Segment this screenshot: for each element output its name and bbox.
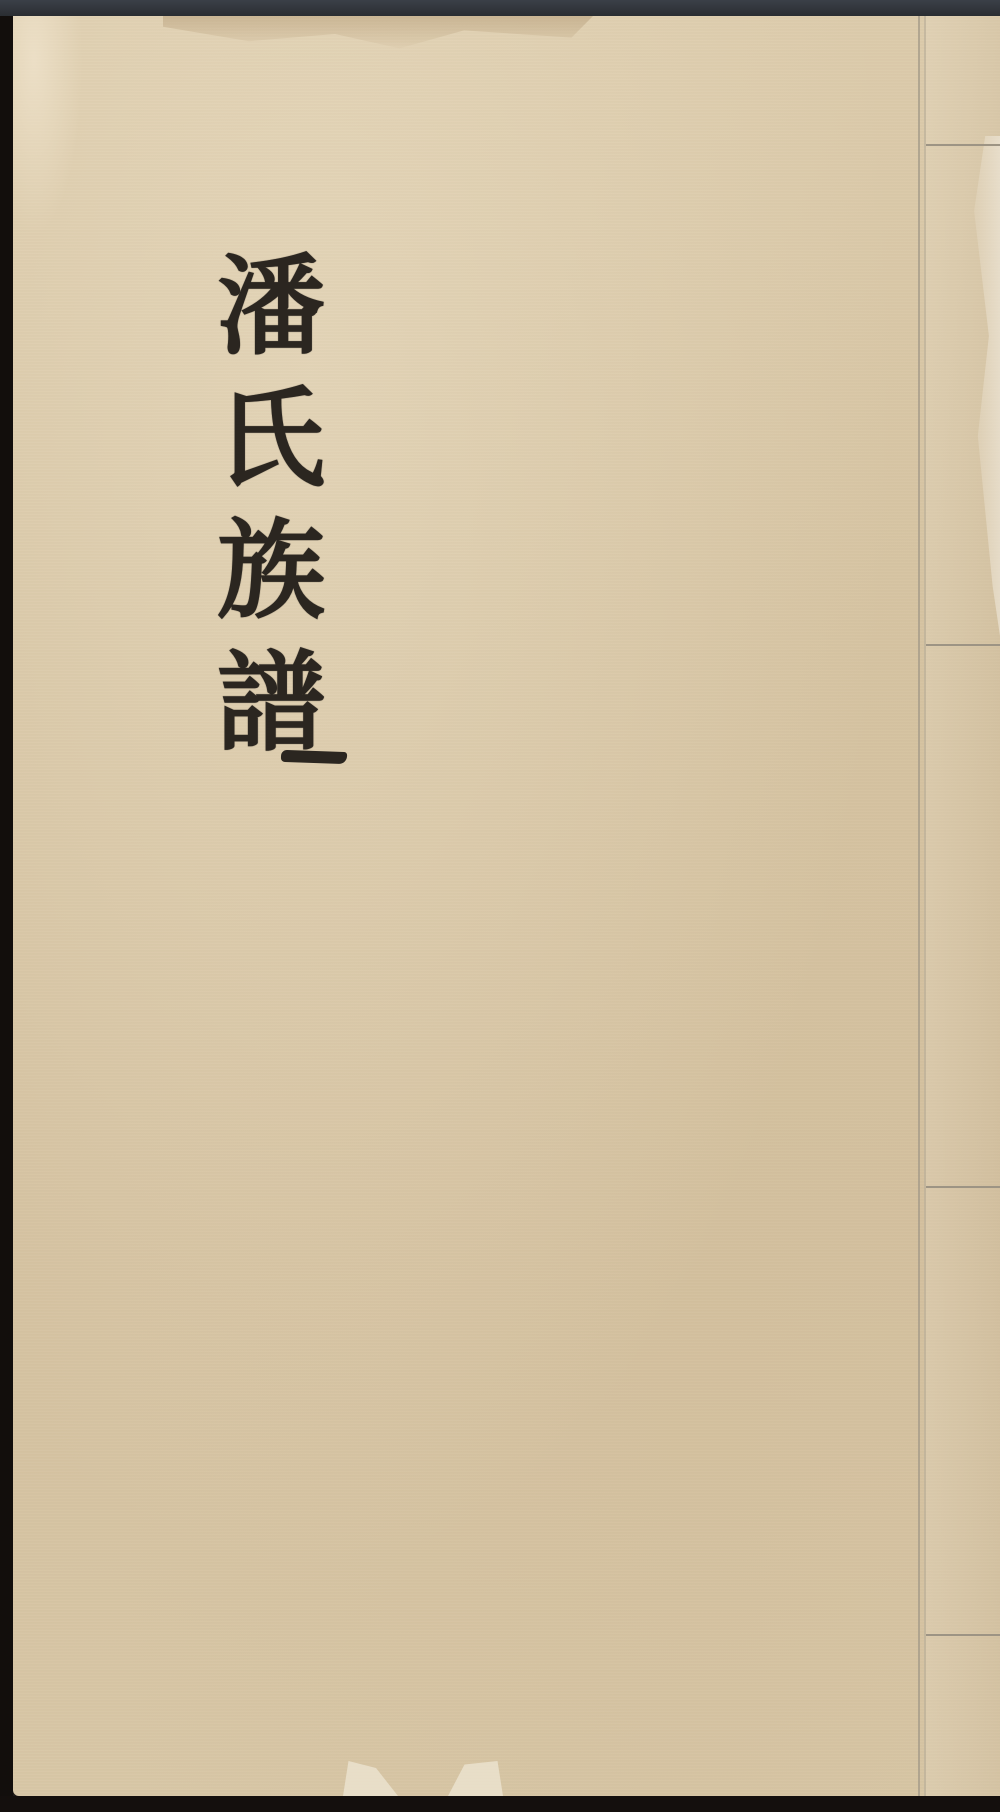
stitch-line xyxy=(926,1186,1000,1188)
paper-tear-bottom xyxy=(448,1761,503,1796)
binding-line xyxy=(924,16,926,1796)
scan-background-bottom xyxy=(0,1796,1000,1812)
stitch-line xyxy=(926,1634,1000,1636)
scan-background-left xyxy=(0,16,13,1812)
title-label: 潘 氏 族 譜 xyxy=(201,241,341,769)
volume-number: 一 xyxy=(281,716,351,731)
binding-line xyxy=(918,16,920,1796)
paper-stain xyxy=(13,16,83,236)
paper-tear-top xyxy=(163,16,593,52)
stitch-line xyxy=(926,644,1000,646)
scan-background-top xyxy=(0,0,1000,16)
book-cover: 潘 氏 族 譜 一 xyxy=(13,16,1000,1796)
stitch-line xyxy=(926,144,1000,146)
title-char-zu: 族 xyxy=(217,505,325,637)
title-char-pu: 譜 xyxy=(217,637,325,769)
volume-number-stroke xyxy=(281,750,347,764)
title-char-pan: 潘 xyxy=(217,241,325,373)
title-char-shi: 氏 xyxy=(217,373,325,505)
paper-tear-bottom xyxy=(343,1761,398,1796)
